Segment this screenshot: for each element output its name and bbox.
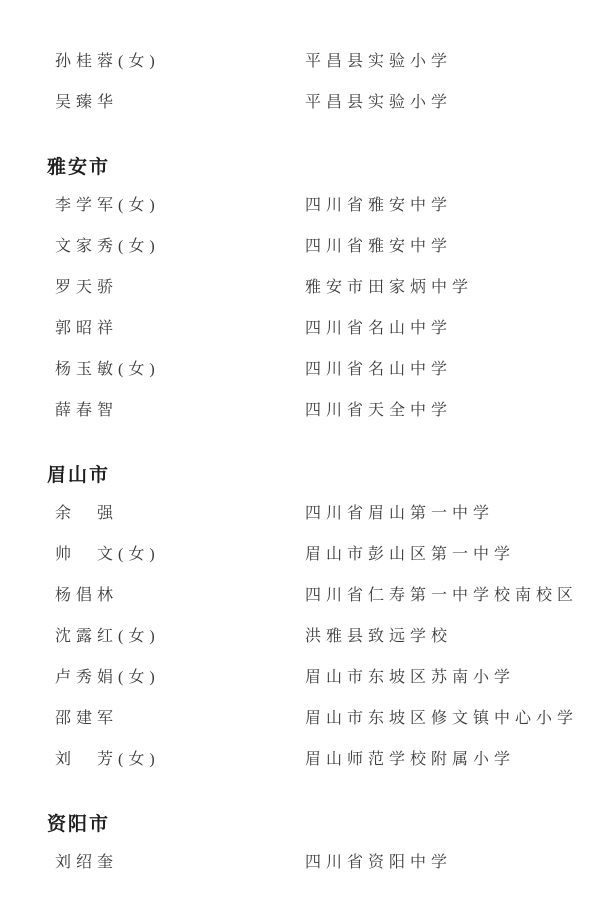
person-name: 刘绍奎 bbox=[55, 854, 305, 871]
school-name: 眉山市彭山区第一中学 bbox=[305, 546, 515, 563]
person-name: 孙桂蓉(女) bbox=[55, 53, 305, 70]
person-name: 余 强 bbox=[55, 505, 305, 522]
roster-row: 吴臻华 平昌县实验小学 bbox=[55, 94, 600, 111]
school-name: 洪雅县致远学校 bbox=[305, 628, 452, 645]
section-meishan: 眉山市 余 强 四川省眉山第一中学 帅 文(女) 眉山市彭山区第一中学 杨倡林 … bbox=[0, 466, 600, 768]
person-name: 沈露红(女) bbox=[55, 628, 305, 645]
person-name: 罗天骄 bbox=[55, 279, 305, 296]
person-name: 杨玉敏(女) bbox=[55, 361, 305, 378]
roster-row: 邵建军 眉山市东坡区修文镇中心小学 bbox=[55, 710, 600, 727]
school-name: 四川省仁寿第一中学校南校区 bbox=[305, 587, 578, 604]
roster-row: 刘 芳(女) 眉山师范学校附属小学 bbox=[55, 751, 600, 768]
person-name: 卢秀娟(女) bbox=[55, 669, 305, 686]
section-yaan: 雅安市 李学军(女) 四川省雅安中学 文家秀(女) 四川省雅安中学 罗天骄 雅安… bbox=[0, 158, 600, 419]
school-name: 四川省天全中学 bbox=[305, 402, 452, 419]
roster-row: 薛春智 四川省天全中学 bbox=[55, 402, 600, 419]
roster-row: 沈露红(女) 洪雅县致远学校 bbox=[55, 628, 600, 645]
section-continuation: 孙桂蓉(女) 平昌县实验小学 吴臻华 平昌县实验小学 bbox=[0, 53, 600, 111]
roster-row: 罗天骄 雅安市田家炳中学 bbox=[55, 279, 600, 296]
person-name: 帅 文(女) bbox=[55, 546, 305, 563]
person-name: 吴臻华 bbox=[55, 94, 305, 111]
roster-row: 文家秀(女) 四川省雅安中学 bbox=[55, 238, 600, 255]
section-ziyang: 资阳市 刘绍奎 四川省资阳中学 bbox=[0, 815, 600, 871]
school-name: 四川省眉山第一中学 bbox=[305, 505, 494, 522]
city-heading: 雅安市 bbox=[47, 158, 600, 178]
person-name: 薛春智 bbox=[55, 402, 305, 419]
roster-row: 刘绍奎 四川省资阳中学 bbox=[55, 854, 600, 871]
roster-row: 杨倡林 四川省仁寿第一中学校南校区 bbox=[55, 587, 600, 604]
roster-row: 帅 文(女) 眉山市彭山区第一中学 bbox=[55, 546, 600, 563]
roster-row: 郭昭祥 四川省名山中学 bbox=[55, 320, 600, 337]
roster-row: 孙桂蓉(女) 平昌县实验小学 bbox=[55, 53, 600, 70]
person-name: 邵建军 bbox=[55, 710, 305, 727]
person-name: 文家秀(女) bbox=[55, 238, 305, 255]
school-name: 四川省名山中学 bbox=[305, 361, 452, 378]
school-name: 平昌县实验小学 bbox=[305, 53, 452, 70]
person-name: 杨倡林 bbox=[55, 587, 305, 604]
school-name: 平昌县实验小学 bbox=[305, 94, 452, 111]
document-page: 孙桂蓉(女) 平昌县实验小学 吴臻华 平昌县实验小学 雅安市 李学军(女) 四川… bbox=[0, 0, 600, 900]
school-name: 四川省雅安中学 bbox=[305, 238, 452, 255]
person-name: 刘 芳(女) bbox=[55, 751, 305, 768]
roster-row: 卢秀娟(女) 眉山市东坡区苏南小学 bbox=[55, 669, 600, 686]
roster-row: 杨玉敏(女) 四川省名山中学 bbox=[55, 361, 600, 378]
city-heading: 眉山市 bbox=[47, 466, 600, 486]
person-name: 郭昭祥 bbox=[55, 320, 305, 337]
school-name: 四川省雅安中学 bbox=[305, 197, 452, 214]
person-name: 李学军(女) bbox=[55, 197, 305, 214]
school-name: 眉山市东坡区修文镇中心小学 bbox=[305, 710, 578, 727]
school-name: 雅安市田家炳中学 bbox=[305, 279, 473, 296]
school-name: 四川省名山中学 bbox=[305, 320, 452, 337]
school-name: 四川省资阳中学 bbox=[305, 854, 452, 871]
roster-row: 余 强 四川省眉山第一中学 bbox=[55, 505, 600, 522]
city-heading: 资阳市 bbox=[47, 815, 600, 835]
school-name: 眉山师范学校附属小学 bbox=[305, 751, 515, 768]
school-name: 眉山市东坡区苏南小学 bbox=[305, 669, 515, 686]
roster-row: 李学军(女) 四川省雅安中学 bbox=[55, 197, 600, 214]
